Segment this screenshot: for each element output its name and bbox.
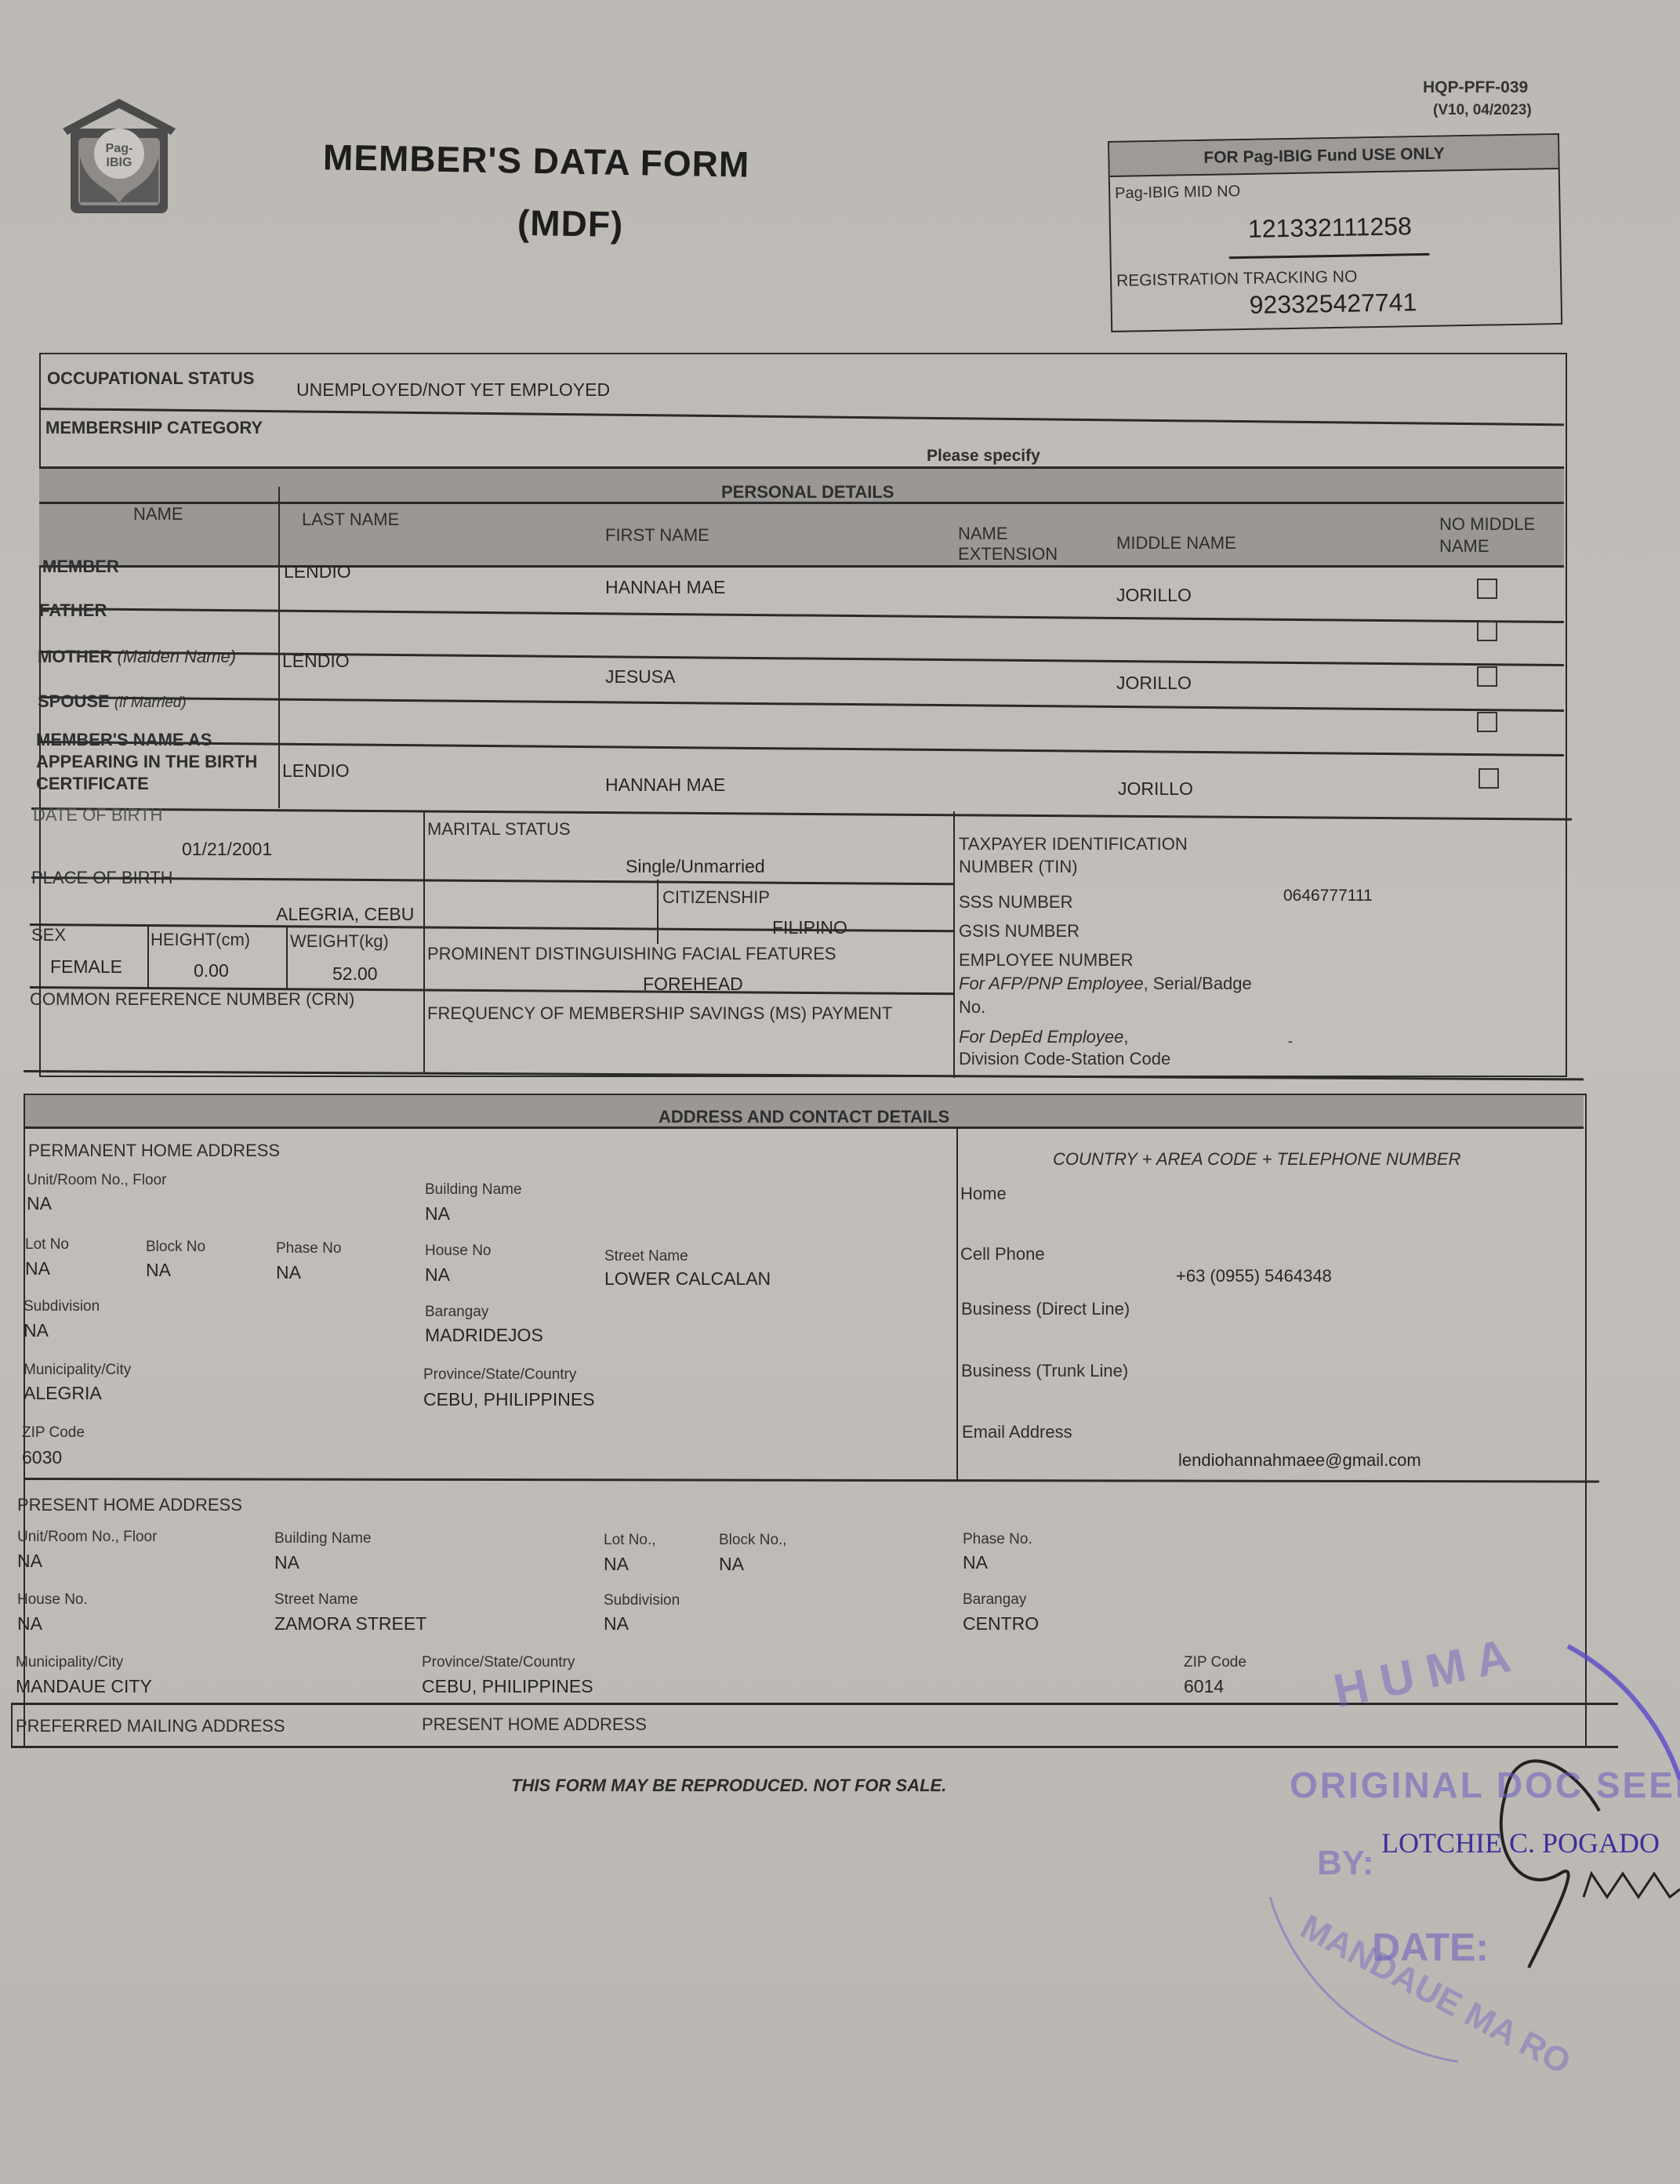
pres-barangay-value: CENTRO bbox=[963, 1613, 1039, 1634]
pres-block-value: NA bbox=[719, 1554, 744, 1575]
pres-unit-value: NA bbox=[17, 1551, 42, 1572]
pres-unit-label: Unit/Room No., Floor bbox=[17, 1529, 157, 1546]
pres-house-value: NA bbox=[17, 1613, 42, 1634]
stamp-officer-name: LOTCHIE C. POGADO bbox=[1381, 1827, 1660, 1859]
perm-street-label: Street Name bbox=[604, 1248, 688, 1265]
perm-block-value: NA bbox=[146, 1260, 171, 1281]
email-label: Email Address bbox=[962, 1422, 1072, 1442]
perm-house-value: NA bbox=[425, 1264, 450, 1286]
pres-building-value: NA bbox=[274, 1552, 299, 1573]
perm-block-label: Block No bbox=[146, 1239, 205, 1256]
perm-phase-value: NA bbox=[276, 1262, 301, 1283]
perm-province-label: Province/State/Country bbox=[423, 1366, 576, 1384]
stamp-by-label: BY: bbox=[1317, 1844, 1374, 1883]
address-heading: ADDRESS AND CONTACT DETAILS bbox=[659, 1107, 949, 1127]
perm-unit-value: NA bbox=[27, 1193, 52, 1214]
pres-block-label: Block No., bbox=[719, 1532, 787, 1549]
cell-phone-value: +63 (0955) 5464348 bbox=[1176, 1266, 1332, 1286]
email-value: lendiohannahmaee@gmail.com bbox=[1178, 1450, 1421, 1471]
business-trunk-label: Business (Trunk Line) bbox=[961, 1361, 1128, 1381]
perm-zip-value: 6030 bbox=[22, 1447, 62, 1468]
pres-zip-value: 6014 bbox=[1184, 1676, 1224, 1697]
pres-city-value: MANDAUE CITY bbox=[16, 1676, 152, 1697]
perm-house-label: House No bbox=[425, 1243, 492, 1260]
pres-lot-value: NA bbox=[604, 1554, 629, 1575]
pres-province-value: CEBU, PHILIPPINES bbox=[422, 1676, 593, 1697]
pres-subdivision-label: Subdivision bbox=[604, 1592, 680, 1609]
perm-street-value: LOWER CALCALAN bbox=[604, 1268, 771, 1290]
present-address-title: PRESENT HOME ADDRESS bbox=[17, 1495, 242, 1515]
perm-barangay-value: MADRIDEJOS bbox=[425, 1325, 543, 1346]
pres-street-label: Street Name bbox=[274, 1591, 358, 1609]
mailing-address-label: PREFERRED MAILING ADDRESS bbox=[16, 1716, 285, 1736]
perm-subdivision-value: NA bbox=[24, 1320, 49, 1341]
stamp-original-doc-seen: ORIGINAL DOC SEEN bbox=[1290, 1764, 1680, 1806]
reproduction-notice: THIS FORM MAY BE REPRODUCED. NOT FOR SAL… bbox=[511, 1776, 946, 1796]
mailing-address-value: PRESENT HOME ADDRESS bbox=[422, 1714, 647, 1735]
pres-subdivision-value: NA bbox=[604, 1613, 629, 1634]
permanent-address-title: PERMANENT HOME ADDRESS bbox=[28, 1141, 280, 1161]
pres-phase-label: Phase No. bbox=[963, 1531, 1032, 1548]
pres-building-label: Building Name bbox=[274, 1530, 372, 1547]
pres-street-value: ZAMORA STREET bbox=[274, 1613, 426, 1634]
business-direct-label: Business (Direct Line) bbox=[961, 1299, 1130, 1319]
perm-phase-label: Phase No bbox=[276, 1240, 341, 1257]
perm-city-label: Municipality/City bbox=[24, 1362, 131, 1379]
perm-barangay-label: Barangay bbox=[425, 1304, 488, 1321]
pres-province-label: Province/State/Country bbox=[422, 1654, 575, 1671]
perm-lot-label: Lot No bbox=[25, 1236, 69, 1253]
pres-phase-value: NA bbox=[963, 1552, 988, 1573]
perm-lot-value: NA bbox=[25, 1258, 50, 1279]
document-page: Pag- IBIG MEMBER'S DATA FORM (MDF) HQP-P… bbox=[0, 0, 1680, 2184]
home-phone-label: Home bbox=[960, 1184, 1007, 1204]
address-section: ADDRESS AND CONTACT DETAILS PERMANENT HO… bbox=[0, 0, 1680, 1756]
perm-province-value: CEBU, PHILIPPINES bbox=[423, 1389, 595, 1410]
perm-unit-label: Unit/Room No., Floor bbox=[27, 1172, 166, 1189]
pres-barangay-label: Barangay bbox=[963, 1591, 1026, 1609]
perm-building-value: NA bbox=[425, 1203, 450, 1224]
perm-building-label: Building Name bbox=[425, 1181, 522, 1199]
original-doc-seen-stamp: H U M A ORIGINAL DOC SEEN BY: LOTCHIE C.… bbox=[1254, 1638, 1680, 2077]
cell-phone-label: Cell Phone bbox=[960, 1244, 1045, 1264]
pres-house-label: House No. bbox=[17, 1591, 88, 1609]
perm-zip-label: ZIP Code bbox=[22, 1424, 85, 1442]
contact-heading: COUNTRY + AREA CODE + TELEPHONE NUMBER bbox=[1053, 1149, 1460, 1170]
pres-zip-label: ZIP Code bbox=[1184, 1654, 1246, 1671]
pres-lot-label: Lot No., bbox=[604, 1532, 656, 1549]
pres-city-label: Municipality/City bbox=[16, 1654, 123, 1671]
perm-subdivision-label: Subdivision bbox=[24, 1298, 100, 1315]
perm-city-value: ALEGRIA bbox=[24, 1383, 102, 1404]
